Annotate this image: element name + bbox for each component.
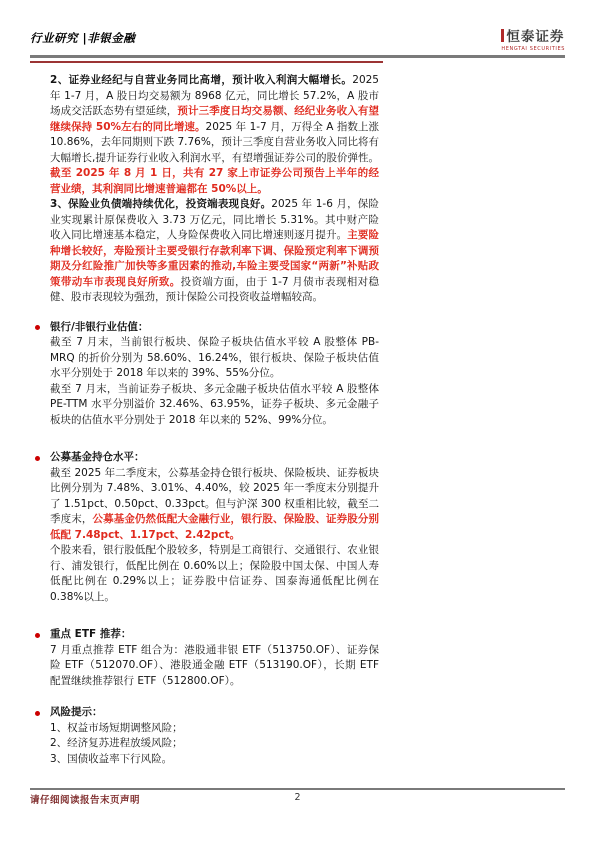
page-number: 2 bbox=[0, 792, 595, 803]
bullet-icon bbox=[35, 633, 40, 638]
section-paragraph: 截至 7 月末，当前银行板块、保险子板块估值水平较 A 股整体 PB-MRQ 的… bbox=[50, 335, 379, 382]
bullet-icon bbox=[35, 711, 40, 716]
risk-item: 1、权益市场短期调整风险； bbox=[50, 721, 379, 737]
section-fund-holdings: 公募基金持仓水平： 截至 2025 年二季度末，公募基金持仓银行板块、保险板块、… bbox=[50, 450, 379, 605]
text-run: 7 月重点推荐 ETF 组合为：港股通非银 ETF（513750.OF）、证券保… bbox=[50, 644, 379, 687]
text-run: 3、保险业负债端持续优化，投资端表现良好。 bbox=[50, 198, 271, 210]
risk-item: 2、经济复苏进程放缓风险； bbox=[50, 736, 379, 752]
footer-divider-line bbox=[30, 788, 565, 790]
paragraph-insurance: 3、保险业负债端持续优化，投资端表现良好。2025 年 1-6 月，保险业实现累… bbox=[50, 197, 379, 306]
header-divider-line bbox=[30, 55, 565, 58]
section-valuation: 银行/非银行业估值： 截至 7 月末，当前银行板块、保险子板块估值水平较 A 股… bbox=[50, 320, 379, 429]
text-run: 截至 7 月末，当前证券子板块、多元金融子板块估值水平较 A 股整体 PE-TT… bbox=[50, 383, 379, 426]
section-etf-recommendation: 重点 ETF 推荐： 7 月重点推荐 ETF 组合为：港股通非银 ETF（513… bbox=[50, 627, 379, 689]
header-accent-line bbox=[30, 61, 383, 63]
text-run-red: 公募基金仍然低配大金融行业，银行股、保险股、证券股分别低配 7.48pct、1.… bbox=[50, 513, 379, 541]
report-body: 2、证券业经纪与自营业务同比高增，预计收入利润大幅增长。2025 年 1-7 月… bbox=[50, 73, 379, 767]
section-paragraph: 7 月重点推荐 ETF 组合为：港股通非银 ETF（513750.OF）、证券保… bbox=[50, 643, 379, 690]
risk-item: 3、国债收益率下行风险。 bbox=[50, 752, 379, 768]
section-paragraph: 个股来看，银行股低配个股较多，特别是工商银行、交通银行、农业银行、浦发银行，低配… bbox=[50, 543, 379, 605]
brand-name-en: HENGTAI SECURITIES bbox=[501, 46, 565, 52]
brand-name-cn: 恒泰证券 bbox=[506, 25, 564, 45]
text-run: 截至 7 月末，当前银行板块、保险子板块估值水平较 A 股整体 PB-MRQ 的… bbox=[50, 336, 379, 379]
report-category-label: 行业研究 |非银金融 bbox=[30, 30, 135, 46]
bullet-icon bbox=[35, 325, 40, 330]
text-run-red: 截至 2025 年 8 月 1 日，共有 27 家上市证券公司预告上半年的经营业… bbox=[50, 167, 379, 195]
company-logo: 恒泰证券 HENGTAI SECURITIES bbox=[501, 25, 565, 52]
section-heading: 风险提示： bbox=[50, 705, 379, 721]
section-heading: 重点 ETF 推荐： bbox=[50, 627, 379, 643]
text-run: 个股来看，银行股低配个股较多，特别是工商银行、交通银行、农业银行、浦发银行，低配… bbox=[50, 544, 379, 603]
logo-red-bar-icon bbox=[501, 29, 504, 42]
section-paragraph: 截至 7 月末，当前证券子板块、多元金融子板块估值水平较 A 股整体 PE-TT… bbox=[50, 382, 379, 429]
paragraph-brokerage-selfop: 2、证券业经纪与自营业务同比高增，预计收入利润大幅增长。2025 年 1-7 月… bbox=[50, 73, 379, 197]
section-risk-warning: 风险提示： 1、权益市场短期调整风险； 2、经济复苏进程放缓风险； 3、国债收益… bbox=[50, 705, 379, 767]
text-run: 2、证券业经纪与自营业务同比高增，预计收入利润大幅增长。 bbox=[50, 74, 352, 86]
section-heading: 公募基金持仓水平： bbox=[50, 450, 379, 466]
bullet-icon bbox=[35, 456, 40, 461]
section-paragraph: 截至 2025 年二季度末，公募基金持仓银行板块、保险板块、证券板块比例分别为 … bbox=[50, 466, 379, 544]
section-heading: 银行/非银行业估值： bbox=[50, 320, 379, 336]
logo-row: 恒泰证券 bbox=[501, 25, 565, 45]
